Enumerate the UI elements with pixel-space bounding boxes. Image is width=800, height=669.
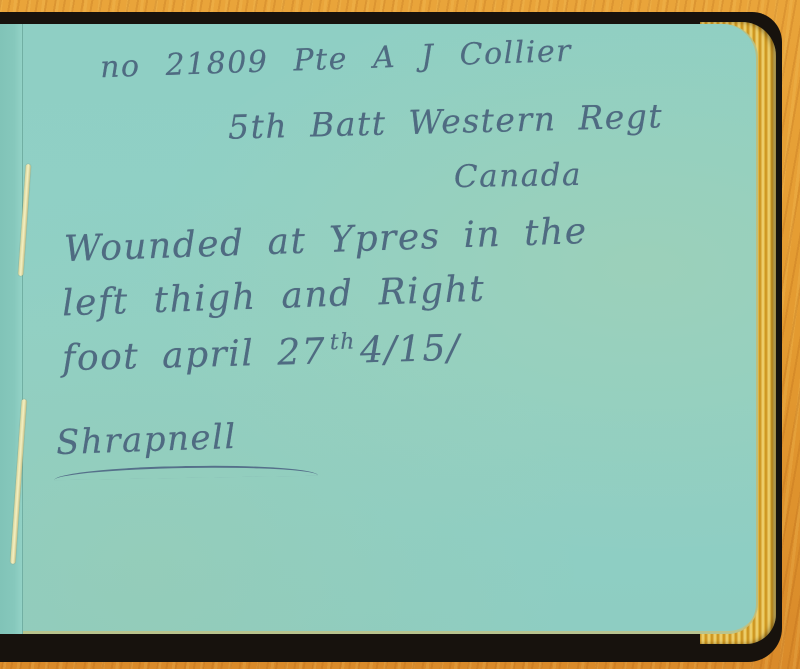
inscription-wound-line-2: left thigh and Right [61, 269, 486, 325]
inscription-service-number-name: no 21809 Pte A J Collier [100, 34, 573, 85]
inscription-date-prefix: foot april [62, 333, 255, 379]
inscription-wound-line-1: Wounded at Ypres in the [63, 211, 588, 270]
inscription-date-line: foot april 27th4/15/ [62, 327, 462, 379]
inscription-country: Canada [454, 157, 583, 195]
inscription-cause: Shrapnell [55, 417, 237, 463]
inscription-date-day: 27 [277, 331, 327, 373]
album-page: no 21809 Pte A J Collier 5th Batt Wester… [0, 24, 758, 634]
inscription-battalion: 5th Batt Western Regt [228, 96, 664, 146]
inscription-date-suffix: th [330, 330, 357, 356]
inscription-date-rest: 4/15/ [360, 328, 462, 372]
signature-underline [54, 464, 318, 481]
